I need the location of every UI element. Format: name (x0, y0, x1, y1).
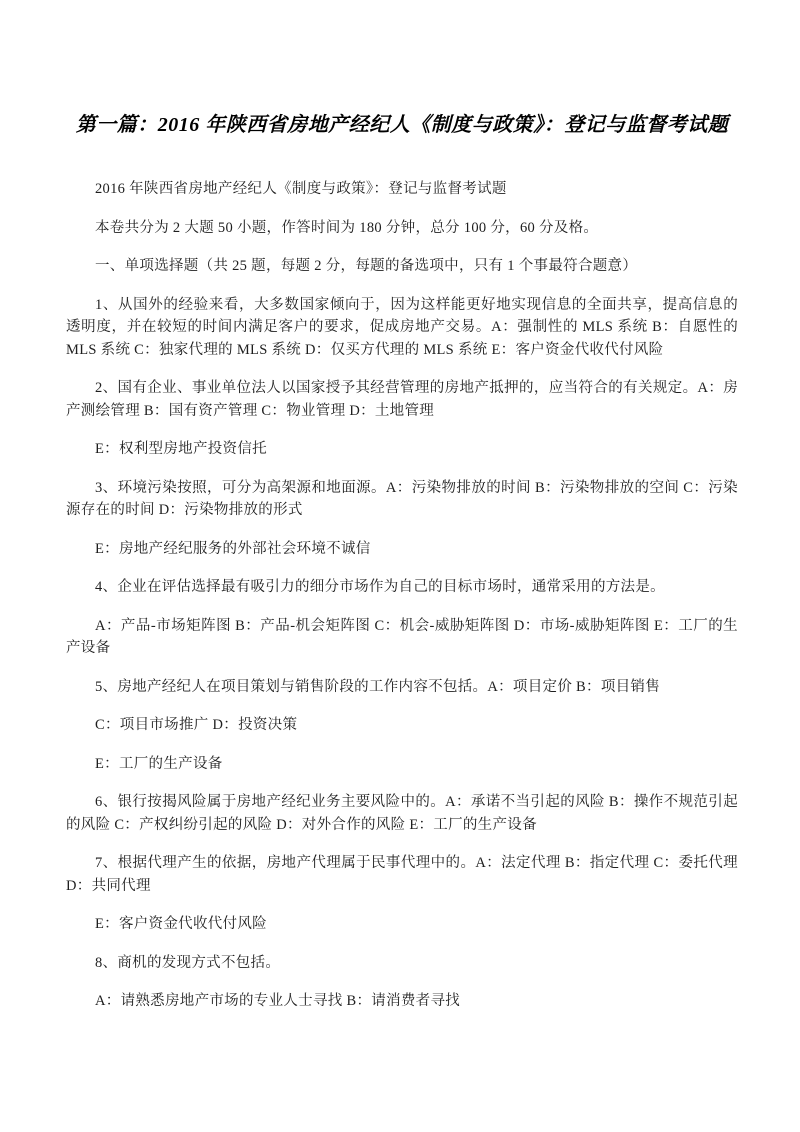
paragraph: E：房地产经纪服务的外部社会环境不诚信 (66, 538, 738, 561)
document-body: 2016 年陕西省房地产经纪人《制度与政策》：登记与监督考试题本卷共分为 2 大… (66, 178, 738, 1013)
paragraph: 5、房地产经纪人在项目策划与销售阶段的工作内容不包括。A：项目定价 B：项目销售 (66, 676, 738, 699)
paragraph: E：工厂的生产设备 (66, 753, 738, 776)
paragraph: A：请熟悉房地产市场的专业人士寻找 B：请消费者寻找 (66, 990, 738, 1013)
document-page: 第一篇：2016 年陕西省房地产经纪人《制度与政策》：登记与监督考试题 2016… (0, 0, 800, 1132)
paragraph: 3、环境污染按照，可分为高架源和地面源。A：污染物排放的时间 B：污染物排放的空… (66, 477, 738, 522)
paragraph: 7、根据代理产生的依据，房地产代理属于民事代理中的。A：法定代理 B：指定代理 … (66, 852, 738, 897)
paragraph: 2016 年陕西省房地产经纪人《制度与政策》：登记与监督考试题 (66, 178, 738, 201)
paragraph: 一、单项选择题（共 25 题，每题 2 分，每题的备选项中，只有 1 个事最符合… (66, 255, 738, 278)
paragraph: 本卷共分为 2 大题 50 小题，作答时间为 180 分钟，总分 100 分，6… (66, 217, 738, 240)
paragraph: E：客户资金代收代付风险 (66, 913, 738, 936)
paragraph: C：项目市场推广 D：投资决策 (66, 714, 738, 737)
paragraph: A：产品-市场矩阵图 B：产品-机会矩阵图 C：机会-威胁矩阵图 D：市场-威胁… (66, 615, 738, 660)
paragraph: 1、从国外的经验来看，大多数国家倾向于，因为这样能更好地实现信息的全面共享，提高… (66, 294, 738, 362)
paragraph: 6、银行按揭风险属于房地产经纪业务主要风险中的。A：承诺不当引起的风险 B：操作… (66, 791, 738, 836)
paragraph: 8、商机的发现方式不包括。 (66, 952, 738, 975)
paragraph: 2、国有企业、事业单位法人以国家授予其经营管理的房地产抵押的，应当符合的有关规定… (66, 377, 738, 422)
paragraph: E：权利型房地产投资信托 (66, 438, 738, 461)
paragraph: 4、企业在评估选择最有吸引力的细分市场作为自己的目标市场时，通常采用的方法是。 (66, 576, 738, 599)
document-title: 第一篇：2016 年陕西省房地产经纪人《制度与政策》：登记与监督考试题 (66, 110, 738, 140)
